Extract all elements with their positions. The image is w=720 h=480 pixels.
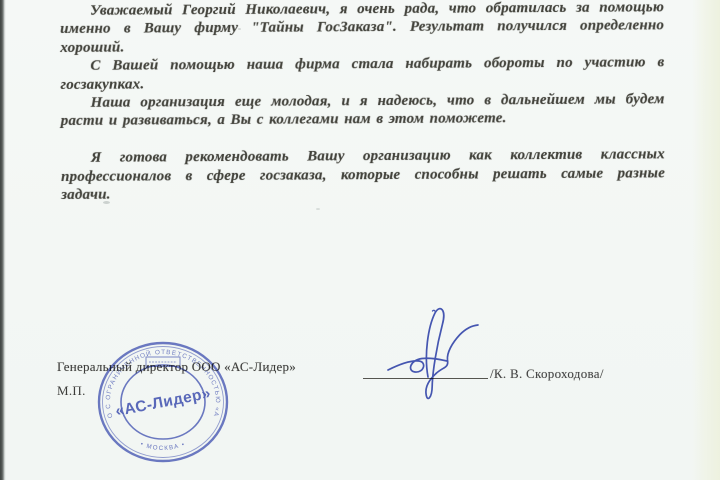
svg-text:• МОСКВА •: • МОСКВА • [139, 441, 186, 452]
letter-line: профессионалов в сфере госзаказа, которы… [61, 164, 665, 186]
scanned-letter-page: Уважаемый Георгий Николаевич, я очень ра… [0, 0, 720, 480]
scan-right-edge [692, 0, 720, 480]
seal-place-mark: М.П. [57, 383, 86, 399]
letter-line: расти и развиваться, а Вы с коллегами на… [61, 109, 665, 131]
scan-speck [238, 28, 241, 30]
company-stamp-icon: ОБЩЕСТВО С ОГРАНИЧЕННОЙ ОТВЕТСТВЕННОСТЬЮ… [95, 340, 231, 464]
letter-body: Уважаемый Георгий Николаевич, я очень ра… [60, 0, 665, 205]
scan-speck [316, 208, 320, 210]
stamp-city-text: • МОСКВА • [139, 441, 186, 452]
scan-speck [103, 201, 110, 204]
handwritten-signature-icon [378, 303, 508, 408]
scan-left-edge [0, 0, 6, 480]
letter-line: С Вашей помощью наша фирма стала набират… [60, 54, 664, 76]
letter-line: задачи. [61, 182, 665, 204]
stamp-company-name: «АС-Лидер» [114, 385, 212, 420]
letter-line: именно в Вашу фирму "Тайны ГосЗаказа". Р… [60, 17, 664, 39]
